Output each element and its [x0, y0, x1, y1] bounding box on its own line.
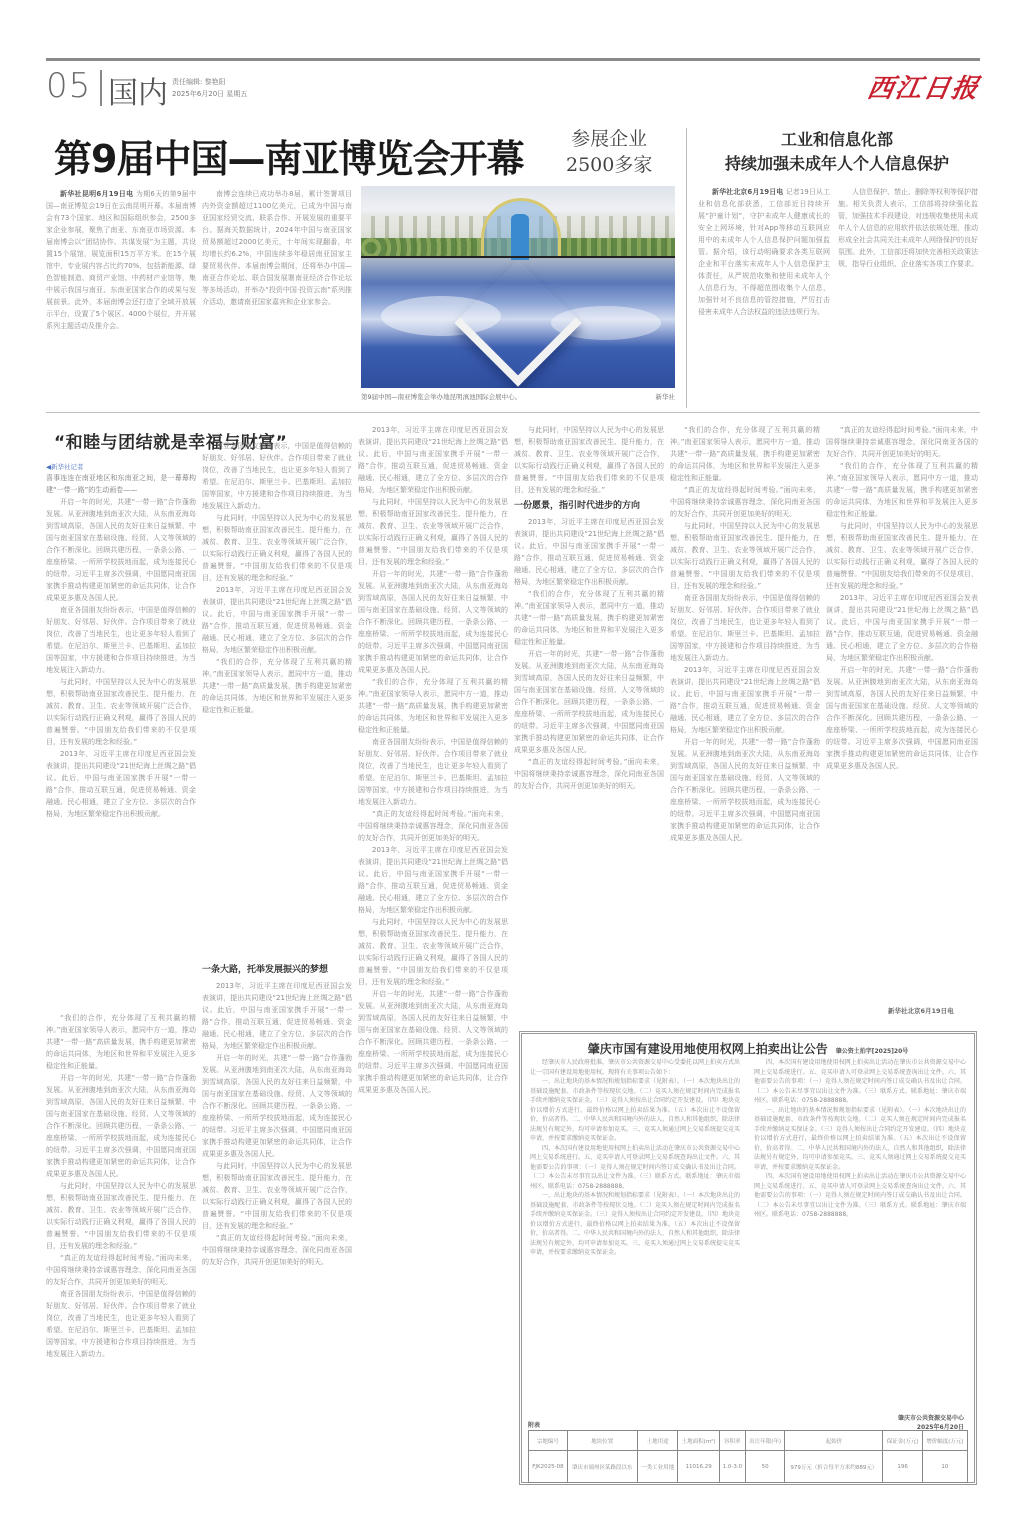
photo-pool-edge: [361, 256, 675, 258]
section-name: 国内: [108, 68, 168, 112]
feature-col3a-text: 2013年，习近平主席在印度尼西亚国会发表演讲，提出共同建设“21世纪海上丝绸之…: [358, 424, 508, 496]
feature-col1e-text: “我们的合作，充分体现了互利共赢的精神。”南亚国家领导人表示，愿同中方一道，推动…: [46, 1012, 196, 1072]
table-cell: 11016.29: [678, 1451, 719, 1483]
feature-col5a-text: “我们的合作，充分体现了互利共赢的精神。”南亚国家领导人表示，愿同中方一道，推动…: [670, 424, 820, 484]
notice-attachment-label: 附表: [528, 1420, 540, 1429]
feature-col1-text: 开启一年的时光，共建“一带一路”合作蓬勃发展。从亚洲腹地到南亚次大陆，从东南亚海…: [46, 496, 196, 604]
feature-col6a-text: “真正的友谊经得起时间考验。”面向未来，中国将继续秉持亲诚惠容理念，深化同南亚各…: [826, 424, 978, 460]
side-col2-text: 人信息保护、禁止、删除等权利等保护措施。相关负责人表示，工信部将持续强化监管，加…: [838, 186, 978, 270]
feature-column-5: “我们的合作，充分体现了互利共赢的精神。”南亚国家领导人表示，愿同中方一道，推动…: [670, 424, 820, 1014]
header-divider: [100, 70, 102, 106]
lead-col1-text: 为期6天的第9届中国—南亚博览会19日在云南昆明开幕。本届南博会有73个国家、地…: [46, 190, 196, 330]
table-header: 出让年限(年): [745, 1431, 784, 1451]
feature-col4a-text: 与此同时，中国坚持以人民为中心的发展思想，积极帮助南亚国家改善民生、提升能力，在…: [514, 424, 664, 496]
table-header: 土地用途: [637, 1431, 678, 1451]
table-header: 宗地编号: [529, 1431, 568, 1451]
editor-line: 责任编辑: 黎艳阳: [172, 76, 247, 88]
notice-left-text-3: 一、出让地块的基本情况和规划指标要求（见附表）。（一）本次地块出让的基础设施配套…: [530, 1191, 740, 1258]
date-line: 2025年6月20日 星期五: [172, 88, 247, 100]
feature-tag: ◀新华社记者: [46, 462, 84, 471]
side-dateline: 新华社北京6月19日电: [712, 188, 783, 196]
table-cell: FJK2025-08: [529, 1451, 568, 1483]
feature-col2f-text: 开启一年的时光，共建“一带一路”合作蓬勃发展。从亚洲腹地到南亚次大陆，从东南亚海…: [202, 1052, 352, 1160]
table-cell: 979万元（折合每平方米约889元）: [785, 1451, 883, 1483]
table-header: 地块位置: [567, 1431, 637, 1451]
feature-col6e-text: 开启一年的时光，共建“一带一路”合作蓬勃发展。从亚洲腹地到南亚次大陆，从东南亚海…: [826, 664, 978, 772]
table-header: 起始价: [785, 1431, 883, 1451]
feature-subhead-1: 一份愿景，指引时代进步的方向: [514, 500, 664, 512]
page-number: 05: [46, 66, 91, 106]
feature-column-6: “真正的友谊经得起时间考验。”面向未来，中国将继续秉持亲诚惠容理念，深化同南亚各…: [826, 424, 978, 1004]
feature-column-1: 喜事连连在南亚地区和东南亚之间，是一幕幕构建“一带一路”的生动画卷—— 开启一年…: [46, 472, 196, 1012]
feature-col5f-text: 开启一年的时光，共建“一带一路”合作蓬勃发展。从亚洲腹地到南亚次大陆，从东南亚海…: [670, 736, 820, 844]
feature-end-byline: 新华社北京6月19日电: [888, 1006, 954, 1015]
notice-left-column: 经肇庆市人民政府批准，肇庆市公共资源交易中心受委托以网上拍卖方式出让一宗国有建设…: [530, 1058, 740, 1408]
caption-text: 第9届中国—南亚博览会举办地昆明滇池国际会展中心。: [361, 392, 521, 401]
table-cell: 50: [745, 1451, 784, 1483]
top-rule: [46, 58, 980, 61]
notice-right-text: 四、本次国有建设用地使用权网上拍卖出让活动在肇庆市公共资源交易中心网上交易系统进…: [754, 1058, 966, 1106]
notice-issuer: 肇庆市公共资源交易中心: [898, 1414, 964, 1423]
photo-heart-pool: [454, 259, 581, 386]
expo-photo: [361, 186, 675, 388]
notice-intro: 经肇庆市人民政府批准，肇庆市公共资源交易中心受委托以网上拍卖方式出让一宗国有建设…: [530, 1058, 740, 1077]
feature-col6c-text: 与此同时，中国坚持以人民为中心的发展思想，积极帮助南亚国家改善民生、提升能力，在…: [826, 520, 978, 592]
feature-col3h-text: 与此同时，中国坚持以人民为中心的发展思想，积极帮助南亚国家改善民生、提升能力，在…: [358, 916, 508, 988]
newspaper-page: 05 国内 责任编辑: 黎艳阳 2025年6月20日 星期五 西江日报 第9届中…: [0, 0, 1024, 1534]
feature-col2c-text: 2013年，习近平主席在印度尼西亚国会发表演讲，提出共同建设“21世纪海上丝绸之…: [202, 584, 352, 656]
feature-col1g-text: 与此同时，中国坚持以人民为中心的发展思想，积极帮助南亚国家改善民生、提升能力，在…: [46, 1180, 196, 1252]
feature-column-3: 2013年，习近平主席在印度尼西亚国会发表演讲，提出共同建设“21世纪海上丝绸之…: [358, 424, 508, 1492]
lead-col2-text: 南博会连续已成功举办8届，累计签署项目内外资金额超过1100亿美元，已成为中国与…: [202, 188, 352, 308]
table-header: 土地面积(m²): [678, 1431, 719, 1451]
column-divider: [686, 128, 687, 408]
table-header: 保证金(万元): [883, 1431, 922, 1451]
feature-col3b-text: 与此同时，中国坚持以人民为中心的发展思想，积极帮助南亚国家改善民生、提升能力，在…: [358, 496, 508, 568]
feature-col3i-text: 开启一年的时光，共建“一带一路”合作蓬勃发展。从亚洲腹地到南亚次大陆，从东南亚海…: [358, 988, 508, 1096]
table-cell: 肇庆市端州区某路段以东: [567, 1451, 637, 1483]
feature-col6b-text: “我们的合作，充分体现了互利共赢的精神。”南亚国家领导人表示，愿同中方一道，推动…: [826, 460, 978, 520]
table-cell: 10: [922, 1451, 967, 1483]
table-cell: 1.0-3.0: [719, 1451, 745, 1483]
feature-col3d-text: “我们的合作，充分体现了互利共赢的精神。”南亚国家领导人表示，愿同中方一道，推动…: [358, 676, 508, 736]
feature-column-1-lower: “我们的合作，充分体现了互利共赢的精神。”南亚国家领导人表示，愿同中方一道，推动…: [46, 1012, 196, 1492]
lead-dateline: 新华社昆明6月19日电: [60, 190, 133, 198]
feature-col4c-text: “我们的合作，充分体现了互利共赢的精神。”南亚国家领导人表示，愿同中方一道，推动…: [514, 588, 664, 648]
feature-intro: 喜事连连在南亚地区和东南亚之间，是一幕幕构建“一带一路”的生动画卷——: [46, 472, 196, 496]
feature-col3f-text: “真正的友谊经得起时间考验。”面向未来，中国将继续秉持亲诚惠容理念，深化同南亚各…: [358, 808, 508, 844]
feature-col1h-text: “真正的友谊经得起时间考验。”面向未来，中国将继续秉持亲诚惠容理念，深化同南亚各…: [46, 1252, 196, 1288]
subhead-line-2: 2500多家: [566, 152, 652, 178]
feature-col3e-text: 南亚各国朋友纷纷表示，中国是值得信赖的好朋友、好邻居、好伙伴。合作项目带来了就业…: [358, 736, 508, 808]
feature-col5c-text: 与此同时，中国坚持以人民为中心的发展思想，积极帮助南亚国家改善民生、提升能力，在…: [670, 520, 820, 592]
side-col1-text: 记者19日从工业和信息化部获悉，工信部近日持续开展“护童计划”，守护未成年人健康…: [698, 188, 830, 316]
notice-right-text-2: 一、出让地块的基本情况和规划指标要求（见附表）。（一）本次地块出让的基础设施配套…: [754, 1106, 966, 1173]
feature-col1i-text: 南亚各国朋友纷纷表示，中国是值得信赖的好朋友、好邻居、好伙伴。合作项目带来了就业…: [46, 1288, 196, 1360]
lead-subheadline: 参展企业 2500多家: [566, 126, 652, 178]
notice-table: 宗地编号 地块位置 土地用途 土地面积(m²) 容积率 出让年限(年) 起始价 …: [528, 1430, 968, 1483]
photo-credit: 新华社: [656, 392, 676, 401]
feature-subhead-2: 一条大路，托举发展振兴的梦想: [202, 964, 352, 976]
table-header: 容积率: [719, 1431, 745, 1451]
lead-column-2: 南博会连续已成功举办8届，累计签署项目内外资金额超过1100亿美元，已成为中国与…: [202, 188, 352, 398]
masthead-logo: 西江日报: [865, 68, 984, 105]
feature-col5b-text: “真正的友谊经得起时间考验。”面向未来，中国将继续秉持亲诚惠容理念，深化同南亚各…: [670, 484, 820, 520]
feature-col2a-text: 南亚各国朋友纷纷表示，中国是值得信赖的好朋友、好邻居、好伙伴。合作项目带来了就业…: [202, 440, 352, 512]
land-auction-notice: 肇庆市国有建设用地使用权网上拍卖出让公告肇公资土拍字[2025]20号 经肇庆市…: [519, 1031, 977, 1485]
editor-info: 责任编辑: 黎艳阳 2025年6月20日 星期五: [172, 76, 247, 100]
feature-column-2: 南亚各国朋友纷纷表示，中国是值得信赖的好朋友、好邻居、好伙伴。合作项目带来了就业…: [202, 440, 352, 960]
side-headline-line-1: 工业和信息化部: [692, 128, 982, 152]
table-header-row: 宗地编号 地块位置 土地用途 土地面积(m²) 容积率 出让年限(年) 起始价 …: [529, 1431, 968, 1451]
feature-column-4: 与此同时，中国坚持以人民为中心的发展思想，积极帮助南亚国家改善民生、提升能力，在…: [514, 424, 664, 1024]
side-headline-line-2: 持续加强未成年人个人信息保护: [692, 152, 982, 176]
feature-col1c-text: 与此同时，中国坚持以人民为中心的发展思想，积极帮助南亚国家改善民生、提升能力，在…: [46, 676, 196, 748]
lead-column-1: 新华社昆明6月19日电 为期6天的第9届中国—南亚博览会19日在云南昆明开幕。本…: [46, 188, 196, 398]
feature-col1f-text: 开启一年的时光，共建“一带一路”合作蓬勃发展。从亚洲腹地到南亚次大陆，从东南亚海…: [46, 1072, 196, 1180]
feature-col4d-text: 开启一年的时光，共建“一带一路”合作蓬勃发展。从亚洲腹地到南亚次大陆，从东南亚海…: [514, 648, 664, 756]
table-cell: 196: [883, 1451, 922, 1483]
feature-col2h-text: “真正的友谊经得起时间考验。”面向未来，中国将继续秉持亲诚惠容理念，深化同南亚各…: [202, 1232, 352, 1268]
feature-col5d-text: 南亚各国朋友纷纷表示，中国是值得信赖的好朋友、好邻居、好伙伴。合作项目带来了就业…: [670, 592, 820, 664]
page-header: 05 国内 责任编辑: 黎艳阳 2025年6月20日 星期五 西江日报: [46, 64, 980, 114]
section-divider: [46, 412, 980, 413]
lead-headline: 第9届中国—南亚博览会开幕: [54, 128, 523, 183]
feature-col3c-text: 开启一年的时光，共建“一带一路”合作蓬勃发展。从亚洲腹地到南亚次大陆，从东南亚海…: [358, 568, 508, 676]
side-column-1: 新华社北京6月19日电 记者19日从工业和信息化部获悉，工信部近日持续开展“护童…: [698, 186, 830, 402]
feature-col6d-text: 2013年，习近平主席在印度尼西亚国会发表演讲，提出共同建设“21世纪海上丝绸之…: [826, 592, 978, 664]
feature-col3g-text: 2013年，习近平主席在印度尼西亚国会发表演讲，提出共同建设“21世纪海上丝绸之…: [358, 844, 508, 916]
table-row: FJK2025-08 肇庆市端州区某路段以东 一类工业用地 11016.29 1…: [529, 1451, 968, 1483]
notice-right-text-3: 四、本次国有建设用地使用权网上拍卖出让活动在肇庆市公共资源交易中心网上交易系统进…: [754, 1172, 966, 1220]
side-headline: 工业和信息化部 持续加强未成年人个人信息保护: [692, 128, 982, 176]
feature-col5e-text: 2013年，习近平主席在印度尼西亚国会发表演讲，提出共同建设“21世纪海上丝绸之…: [670, 664, 820, 736]
feature-col1b-text: 南亚各国朋友纷纷表示，中国是值得信赖的好朋友、好邻居、好伙伴。合作项目带来了就业…: [46, 604, 196, 676]
feature-col4e-text: “真正的友谊经得起时间考验。”面向未来，中国将继续秉持亲诚惠容理念，深化同南亚各…: [514, 756, 664, 792]
feature-col4b-text: 2013年，习近平主席在印度尼西亚国会发表演讲，提出共同建设“21世纪海上丝绸之…: [514, 516, 664, 588]
notice-title: 肇庆市国有建设用地使用权网上拍卖出让公告肇公资土拍字[2025]20号: [522, 1040, 974, 1057]
feature-column-2-lower: 一条大路，托举发展振兴的梦想 2013年，习近平主席在印度尼西亚国会发表演讲，提…: [202, 960, 352, 1492]
photo-caption: 第9届中国—南亚博览会举办地昆明滇池国际会展中心。 新华社: [361, 392, 675, 401]
side-column-2: 人信息保护、禁止、删除等权利等保护措施。相关负责人表示，工信部将持续强化监管，加…: [838, 186, 978, 402]
table-cell: 一类工业用地: [637, 1451, 678, 1483]
feature-col1d-text: 2013年，习近平主席在印度尼西亚国会发表演讲，提出共同建设“21世纪海上丝绸之…: [46, 748, 196, 820]
notice-number: 肇公资土拍字[2025]20号: [836, 1048, 909, 1055]
notice-left-text: 一、出让地块的基本情况和规划指标要求（见附表）。（一）本次地块出让的基础设施配套…: [530, 1077, 740, 1144]
feature-col2d-text: “我们的合作，充分体现了互利共赢的精神。”南亚国家领导人表示，愿同中方一道，推动…: [202, 656, 352, 716]
photo-tower: [511, 214, 529, 260]
feature-col2b-text: 与此同时，中国坚持以人民为中心的发展思想，积极帮助南亚国家改善民生、提升能力，在…: [202, 512, 352, 584]
notice-title-text: 肇庆市国有建设用地使用权网上拍卖出让公告: [588, 1042, 828, 1056]
notice-right-column: 四、本次国有建设用地使用权网上拍卖出让活动在肇庆市公共资源交易中心网上交易系统进…: [754, 1058, 966, 1408]
feature-col2e-text: 2013年，习近平主席在印度尼西亚国会发表演讲，提出共同建设“21世纪海上丝绸之…: [202, 980, 352, 1052]
subhead-line-1: 参展企业: [566, 126, 652, 152]
notice-left-text-2: 四、本次国有建设用地使用权网上拍卖出让活动在肇庆市公共资源交易中心网上交易系统进…: [530, 1144, 740, 1192]
feature-col2g-text: 与此同时，中国坚持以人民为中心的发展思想，积极帮助南亚国家改善民生、提升能力，在…: [202, 1160, 352, 1232]
table-header: 增价幅度(万元): [922, 1431, 967, 1451]
